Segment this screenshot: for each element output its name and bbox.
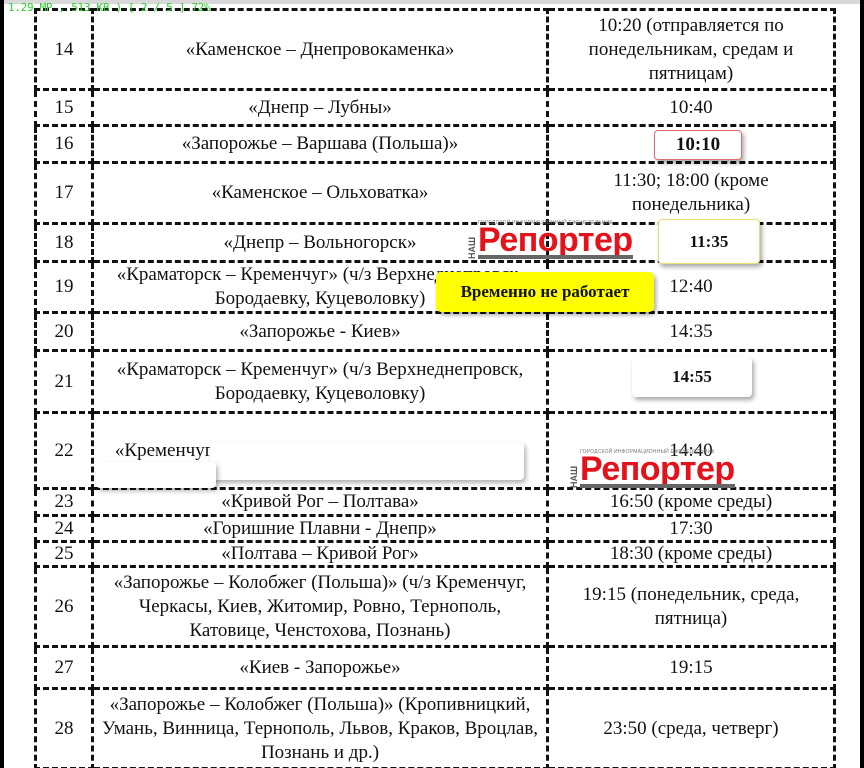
row-number: 20 xyxy=(36,313,93,351)
row-number: 16 xyxy=(36,126,93,163)
route-name: «Каменское – Днепровокаменка» xyxy=(93,10,548,90)
table-row: 20«Запорожье - Киев»14:35 xyxy=(36,313,835,351)
redaction-mask-row-22a xyxy=(210,442,524,480)
table-row: 15«Днепр – Лубны»10:40 xyxy=(36,90,835,126)
table-row: 14«Каменское – Днепровокаменка»10:20 (от… xyxy=(36,10,835,90)
row-number: 17 xyxy=(36,163,93,224)
route-name: «Каменское – Ольховатка» xyxy=(93,163,548,224)
redaction-mask-row-22b xyxy=(96,462,216,488)
time-label-row-16: 10:10 xyxy=(654,130,742,160)
route-name: «Горишние Плавни - Днепр» xyxy=(93,516,548,542)
departure-time: 14:35 xyxy=(548,313,835,351)
departure-time: 10:40 xyxy=(548,90,835,126)
row-number: 15 xyxy=(36,90,93,126)
logo-word: Репортер xyxy=(478,226,633,254)
route-name: «Запорожье - Киев» xyxy=(93,313,548,351)
departure-time: 11:30; 18:00 (кроме понедельника) xyxy=(548,163,835,224)
viewer-status-text: 1.29 MP , 513 KB ) [ 2 / 5 ] 72% xyxy=(8,1,210,14)
departure-time: 10:20 (отправляется по понедельникам, ср… xyxy=(548,10,835,90)
time-label-row-21: 14:55 xyxy=(632,357,752,397)
time-label-row-18: 11:35 xyxy=(658,219,760,264)
table-row: 24«Горишние Плавни - Днепр»17:30 xyxy=(36,516,835,542)
departure-time: 23:50 (среда, четверг) xyxy=(548,689,835,768)
row-number: 28 xyxy=(36,689,93,768)
row-number: 25 xyxy=(36,542,93,567)
table-row: 19«Краматорск – Кременчуг» (ч/з Верхнедн… xyxy=(36,262,835,313)
route-name: «Днепр – Лубны» xyxy=(93,90,548,126)
row-number: 23 xyxy=(36,489,93,516)
route-name: «Кривой Рог – Полтава» xyxy=(93,489,548,516)
logo-nash: НАШ xyxy=(570,466,579,488)
temporarily-closed-notice: Временно не работает xyxy=(436,272,654,312)
logo-nash: НАШ xyxy=(468,237,477,259)
departure-time: 19:15 xyxy=(548,647,835,689)
table-row: 27«Киев - Запорожье»19:15 xyxy=(36,647,835,689)
table-row: 23«Кривой Рог – Полтава»16:50 (кроме сре… xyxy=(36,489,835,516)
row-number: 18 xyxy=(36,224,93,262)
row-number: 24 xyxy=(36,516,93,542)
route-name: «Полтава – Кривой Рог» xyxy=(93,542,548,567)
table-row: 26«Запорожье – Колобжег (Польша)» (ч/з К… xyxy=(36,567,835,647)
logo-underline xyxy=(580,484,735,488)
route-name: «Киев - Запорожье» xyxy=(93,647,548,689)
route-name: «Запорожье – Варшава (Польша)» xyxy=(93,126,548,163)
row-number: 21 xyxy=(36,351,93,413)
table-row: 17«Каменское – Ольховатка»11:30; 18:00 (… xyxy=(36,163,835,224)
route-name: «Запорожье – Колобжег (Польша)» (Кропивн… xyxy=(93,689,548,768)
departure-time: 17:30 xyxy=(548,516,835,542)
document-viewer: 1.29 MP , 513 KB ) [ 2 / 5 ] 72% 14«Каме… xyxy=(4,0,860,768)
table-row: 25«Полтава – Кривой Рог»18:30 (кроме сре… xyxy=(36,542,835,567)
departure-time: 16:50 (кроме среды) xyxy=(548,489,835,516)
route-name: «Запорожье – Колобжег (Польша)» (ч/з Кре… xyxy=(93,567,548,647)
departure-time: 18:30 (кроме среды) xyxy=(548,542,835,567)
reporter-logo: НАШ ГОРОДСКОЙ ИНФОРМАЦИОННЫЙ ЕЖЕНЕДЕЛЬНИ… xyxy=(468,220,633,259)
row-number: 26 xyxy=(36,567,93,647)
logo-underline xyxy=(478,255,633,259)
row-number: 19 xyxy=(36,262,93,313)
row-number: 27 xyxy=(36,647,93,689)
row-number: 14 xyxy=(36,10,93,90)
row-number: 22 xyxy=(36,413,93,489)
table-row: 28«Запорожье – Колобжег (Польша)» (Кропи… xyxy=(36,689,835,768)
reporter-logo-2: НАШ ГОРОДСКОЙ ИНФОРМАЦИОННЫЙ ЕЖЕНЕДЕЛЬНИ… xyxy=(570,449,735,488)
route-name: «Краматорск – Кременчуг» (ч/з Верхнеднеп… xyxy=(93,351,548,413)
departure-time: 19:15 (понедельник, среда, пятница) xyxy=(548,567,835,647)
logo-word: Репортер xyxy=(580,455,735,483)
